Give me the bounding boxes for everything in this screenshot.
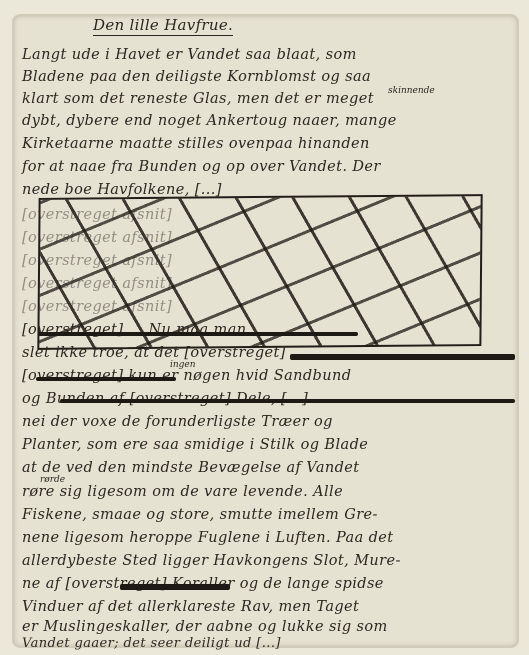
manuscript-line: slet ikke troe, at det [overstreget]: [22, 345, 286, 361]
manuscript-line: nei der voxe de forunderligste Træer og: [22, 414, 333, 430]
crossed-out-line: [overstreget afsnit]: [22, 299, 172, 315]
manuscript-line: nede boe Havfolkene, [...]: [22, 182, 222, 198]
manuscript-line: Planter, som ere saa smidige i Stilk og …: [22, 437, 368, 453]
strike-bar: [290, 354, 515, 360]
manuscript-line: allerdybeste Sted ligger Havkongens Slot…: [22, 553, 401, 569]
interlinear-insert: skinnende: [388, 86, 435, 96]
strike-bar: [38, 332, 358, 336]
manuscript-line: Vandet gaaer; det seer deiligt ud [...]: [22, 636, 281, 651]
manuscript-line: [overstreget] kun er nøgen hvid Sandbund: [22, 368, 351, 384]
crossed-out-line: [overstreget afsnit]: [22, 276, 172, 292]
manuscript-line: røre sig ligesom om de vare levende. All…: [22, 484, 343, 500]
manuscript-line: dybt, dybere end noget Ankertoug naaer, …: [22, 113, 397, 129]
manuscript-line: Vinduer af det allerklareste Rav, men Ta…: [22, 599, 359, 615]
manuscript-line: for at naae fra Bunden og op over Vandet…: [22, 159, 381, 175]
manuscript-line: Fiskene, smaae og store, smutte imellem …: [22, 507, 378, 523]
manuscript-line: at de ved den mindste Bevægelse af Vande…: [22, 460, 360, 476]
strike-bar: [120, 584, 230, 590]
manuscript-title: Den lille Havfrue.: [93, 16, 233, 36]
manuscript-line: nene ligesom heroppe Fuglene i Luften. P…: [22, 530, 394, 546]
manuscript-line: Langt ude i Havet er Vandet saa blaat, s…: [22, 47, 357, 63]
crossed-out-line: [overstreget afsnit]: [22, 207, 172, 223]
crossed-out-line: [overstreget afsnit]: [22, 230, 172, 246]
crossed-out-line: [overstreget afsnit]: [22, 253, 172, 269]
manuscript-line: klart som det reneste Glas, men det er m…: [22, 91, 374, 107]
manuscript-line: er Muslingeskaller, der aabne og lukke s…: [22, 619, 388, 635]
strike-bar: [60, 399, 515, 403]
manuscript-line: Bladene paa den deiligste Kornblomst og …: [22, 69, 371, 85]
manuscript-line: Kirketaarne maatte stilles ovenpaa hinan…: [22, 136, 370, 152]
strike-bar: [36, 377, 176, 381]
